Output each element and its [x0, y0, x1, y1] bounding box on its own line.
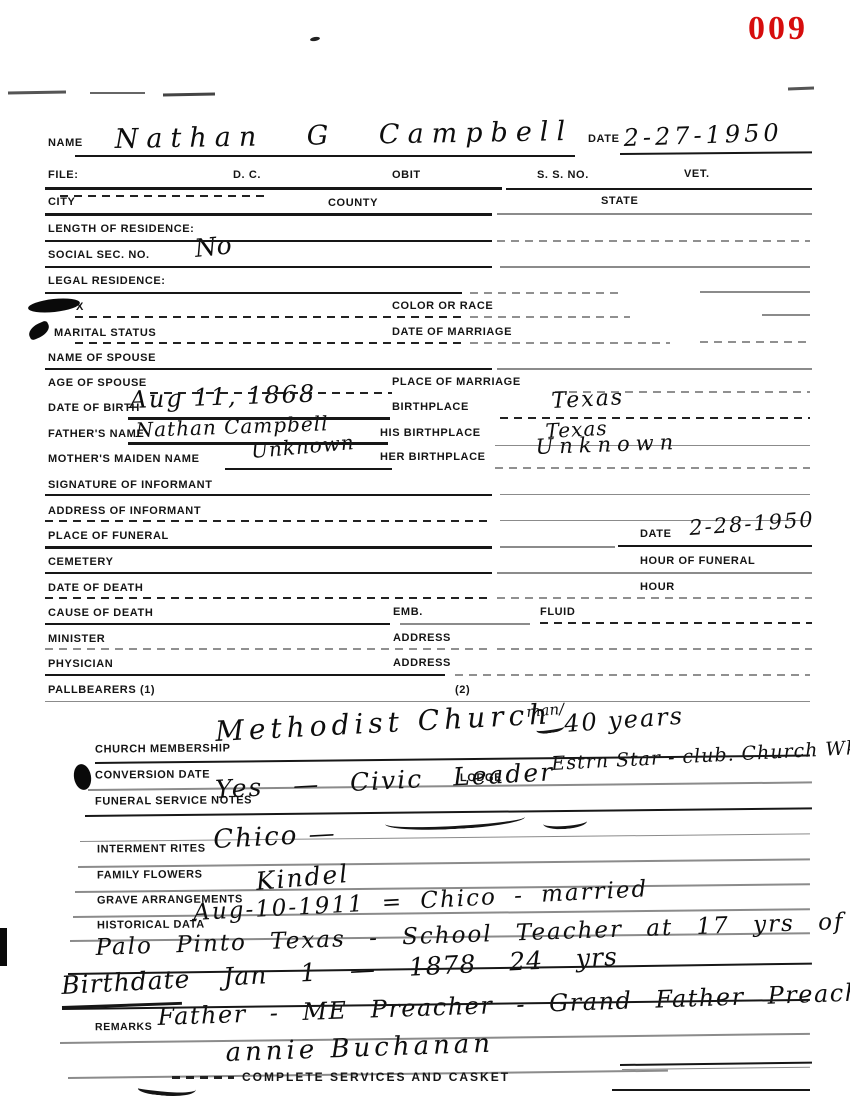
field-label-name: NAME [48, 137, 83, 149]
field-label-address-of-informant: ADDRESS OF INFORMANT [48, 505, 201, 517]
field-value2-church-membership: 40 years [563, 704, 684, 736]
rule-line [45, 674, 445, 676]
field-label-state: STATE [601, 195, 638, 207]
rule-line [470, 292, 620, 294]
rule-line [60, 195, 270, 197]
field-label-minister-address: ADDRESS [393, 632, 451, 644]
rule-line [75, 342, 462, 344]
field-label-remarks: REMARKS [95, 1021, 152, 1033]
rule-line [45, 597, 492, 599]
rule-line [45, 701, 810, 702]
field-label-funeral-date: DATE [640, 528, 672, 540]
rule-line [470, 342, 670, 344]
field-label-legal-residence: LEGAL RESIDENCE: [48, 275, 166, 287]
rule-line [45, 187, 502, 190]
scan-ink-artifact [788, 87, 814, 91]
rule-line [45, 292, 462, 294]
rule-line [497, 368, 812, 370]
scan-ink-artifact [163, 93, 215, 97]
field-label-conversion-date: CONVERSION DATE [95, 768, 210, 781]
rule-line [78, 858, 810, 868]
scan-ink-artifact [72, 763, 93, 792]
rule-line [540, 622, 812, 624]
field-label-fathers-name: FATHER'S NAME [48, 428, 144, 440]
rule-line [700, 291, 810, 293]
field-label-date-of-marriage: DATE OF MARRIAGE [392, 326, 512, 338]
scan-stroke-bottom-left [137, 1077, 196, 1099]
field-value-funeral-date: 2-28-1950 [689, 509, 816, 539]
rule-line [620, 151, 812, 155]
rule-line [500, 417, 810, 419]
page-number-stamp: 009 [748, 10, 808, 48]
field-label-church-membership: CHURCH MEMBERSHIP [95, 742, 231, 755]
rule-line [555, 391, 810, 393]
rule-line [45, 240, 492, 242]
field-label-family-flowers: FAMILY FLOWERS [97, 869, 203, 882]
field-label-cause-of-death: CAUSE OF DEATH [48, 607, 153, 619]
rule-line [470, 316, 630, 318]
rule-line [497, 648, 812, 650]
field-value-date-of-birth: Aug 11, 1868 [129, 382, 316, 412]
field-label-social-sec-no: SOCIAL SEC. NO. [48, 249, 150, 261]
scan-ink-artifact [26, 320, 51, 341]
pen-flourish-under-leader [543, 814, 588, 830]
rule-line [500, 494, 810, 495]
field-label-fluid: FLUID [540, 606, 575, 618]
field-label-pallbearers-1: PALLBEARERS (1) [48, 684, 155, 696]
pen-strike-before-40-years [535, 720, 564, 735]
field-label-historical-data: HISTORICAL DATA [97, 919, 205, 932]
field-label-physician-address: ADDRESS [393, 657, 451, 669]
rule-line [620, 1062, 812, 1066]
field-label-date-top: DATE [588, 133, 620, 145]
rule-line [75, 316, 462, 318]
field-label-vet: VET. [684, 168, 710, 180]
rule-line [495, 445, 810, 446]
field-label-dc: D. C. [233, 169, 261, 181]
field-value-funeral-service-notes: Yes — Civic Leader [215, 759, 555, 802]
field-label-hour-of-funeral: HOUR OF FUNERAL [640, 555, 755, 567]
field-label-obit: OBIT [392, 169, 421, 181]
field-label-length-of-residence: LENGTH OF RESIDENCE: [48, 223, 194, 235]
scanned-funeral-record-form: 009 NAME DATE FILE: D. C. OBIT S. S. NO.… [0, 0, 850, 1100]
scan-ink-artifact [0, 928, 7, 966]
field-label-file: FILE: [48, 169, 79, 181]
field-label-signature-of-informant: SIGNATURE OF INFORMANT [48, 479, 213, 491]
field-label-hour: HOUR [640, 581, 675, 593]
field-value-date-top: 2-27-1950 [623, 120, 783, 150]
field-label-physician: PHYSICIAN [48, 658, 113, 670]
rule-line [45, 623, 390, 625]
rule-line [225, 468, 392, 470]
rule-line [497, 572, 812, 574]
rule-line [45, 546, 492, 549]
rule-line [400, 623, 530, 625]
field-label-his-birthplace: HIS BIRTHPLACE [380, 427, 481, 439]
field-label-her-birthplace: HER BIRTHPLACE [380, 451, 486, 463]
field-value-social-sec-no: No [193, 232, 232, 261]
rule-line [150, 392, 392, 394]
rule-line [700, 341, 810, 343]
field-label-emb: EMB. [393, 606, 423, 618]
field-label-minister: MINISTER [48, 633, 105, 645]
scan-ink-artifact [8, 90, 66, 94]
field-value-church-membership: Methodist Church [215, 700, 553, 746]
field-label-name-of-spouse: NAME OF SPOUSE [48, 352, 156, 364]
field-label-birthplace: BIRTHPLACE [392, 401, 469, 413]
field-label-mothers-maiden-name: MOTHER'S MAIDEN NAME [48, 453, 200, 465]
rule-line [622, 1067, 810, 1070]
rule-line [45, 494, 492, 496]
rule-line [128, 442, 388, 445]
rule-line [497, 213, 812, 215]
rule-line [612, 1089, 810, 1091]
field-label-cemetery: CEMETERY [48, 556, 114, 568]
rule-line [45, 266, 492, 268]
scan-ink-artifact [27, 296, 80, 314]
rule-line [500, 266, 810, 268]
field-value2-remarks: annie Buchanan [225, 1031, 494, 1066]
rule-line [45, 572, 492, 574]
scan-ink-artifact [90, 92, 145, 94]
rule-line [45, 520, 492, 522]
rule-line [500, 546, 615, 548]
rule-line [497, 597, 812, 599]
field-annotation-church-membership: man/ [526, 702, 565, 720]
scan-ink-artifact [310, 36, 321, 42]
rule-line [497, 240, 810, 242]
field-label-ss-no: S. S. NO. [537, 169, 589, 181]
field-label-place-of-funeral: PLACE OF FUNERAL [48, 530, 169, 542]
rule-line [45, 648, 492, 650]
field-label-interment-rites: INTERMENT RITES [97, 843, 206, 856]
rule-line [500, 520, 810, 521]
rule-line [128, 417, 390, 420]
field-label-county: COUNTY [328, 197, 378, 209]
rule-line [495, 467, 810, 469]
rule-line [762, 314, 810, 316]
field-label-date-of-death: DATE OF DEATH [48, 582, 143, 594]
rule-line [80, 833, 810, 842]
rule-line [45, 213, 492, 216]
rule-line [618, 545, 812, 547]
rule-line [45, 368, 492, 370]
field-label-marital-status: MARITAL STATUS [54, 327, 156, 339]
field-label-date-of-birth: DATE OF BIRTH [48, 402, 140, 414]
rule-line [506, 188, 812, 190]
field-value-interment-rites: Chico — [213, 821, 338, 853]
field-label-color-or-race: COLOR OR RACE [392, 300, 493, 312]
rule-line [172, 1076, 234, 1079]
field-label-pallbearers-2: (2) [455, 684, 470, 696]
field-value-name: Nathan G Campbell [115, 118, 574, 153]
field-label-place-of-marriage: PLACE OF MARRIAGE [392, 376, 521, 388]
rule-line [455, 674, 810, 676]
field-label-city: CITY [48, 196, 75, 208]
rule-line [75, 155, 575, 157]
